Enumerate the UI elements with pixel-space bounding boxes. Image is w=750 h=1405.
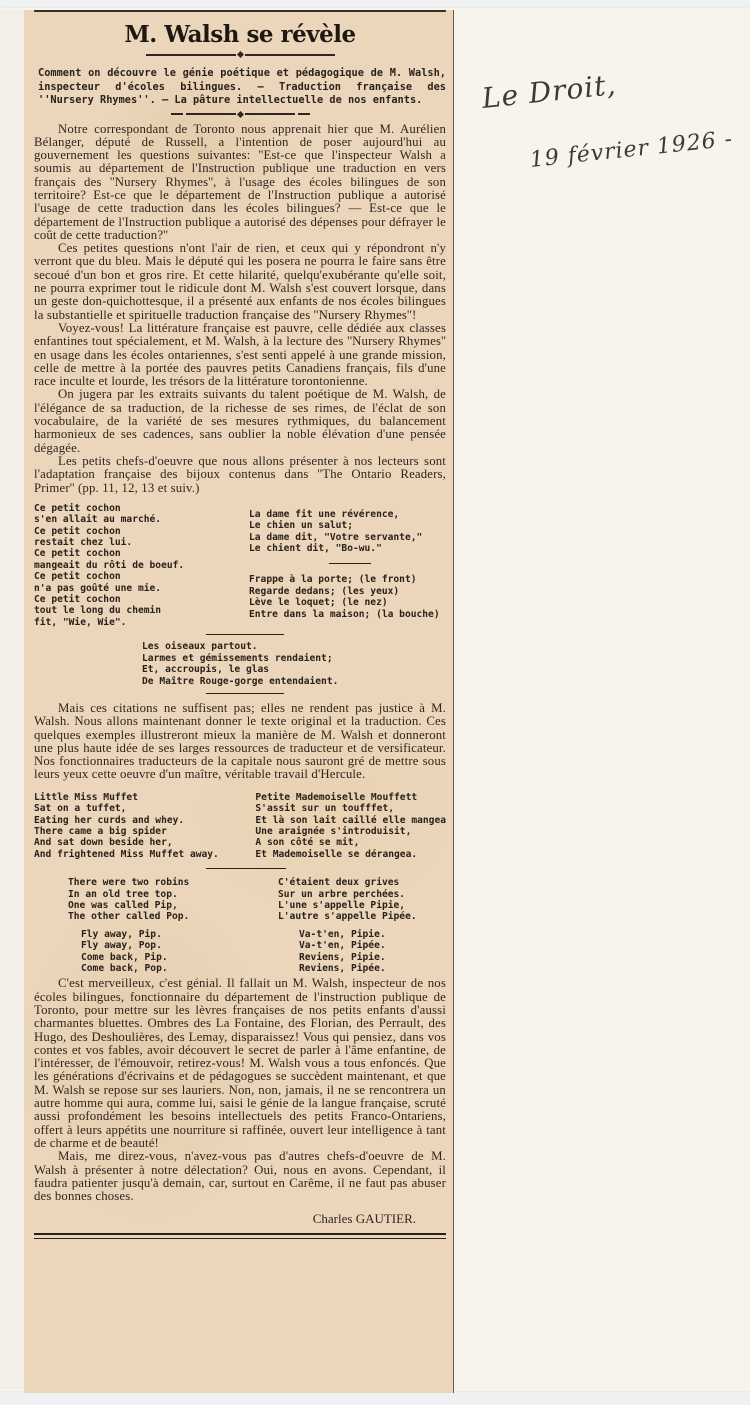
divider	[329, 563, 371, 564]
poem-la-dame: La dame fit une révérence, Le chien un s…	[249, 509, 440, 555]
little-miss-muffet-block: Little Miss Muffet Sat on a tuffet, Eati…	[34, 792, 446, 860]
backing-sheet-edge	[0, 10, 24, 1390]
divider	[206, 868, 286, 869]
paragraph: On jugera par les extraits suivants du t…	[34, 388, 446, 454]
deck-ornament	[34, 112, 446, 117]
paragraph: Ces petites questions n'ont l'air de rie…	[34, 242, 446, 322]
top-rule	[34, 10, 446, 12]
divider	[206, 634, 284, 635]
newspaper-clipping: M. Walsh se révèle Comment on découvre l…	[24, 10, 454, 1393]
fly-away-block: Fly away, Pip. Fly away, Pop. Come back,…	[34, 929, 446, 975]
divider	[206, 693, 284, 694]
paragraph: Les petits chefs-d'oeuvre que nous allon…	[34, 455, 446, 495]
paragraph: Voyez-vous! La littérature française est…	[34, 322, 446, 388]
poem-robins-french: C'étaient deux grives Sur un arbre perch…	[278, 877, 417, 923]
bottom-rule	[34, 1233, 446, 1239]
paragraph: Mais, me direz-vous, n'avez-vous pas d'a…	[34, 1150, 446, 1203]
article-body: Notre correspondant de Toronto nous appr…	[34, 123, 446, 495]
poem-fly-away-english: Fly away, Pip. Fly away, Pop. Come back,…	[81, 929, 299, 975]
poem-fly-away-french: Va-t'en, Pipie. Va-t'en, Pipée. Reviens,…	[299, 929, 386, 975]
article-closing: C'est merveilleux, c'est génial. Il fall…	[34, 977, 446, 1203]
paragraph: Mais ces citations ne suffisent pas; ell…	[34, 702, 446, 782]
headline-ornament	[34, 52, 446, 57]
poem-muffet-english: Little Miss Muffet Sat on a tuffet, Eati…	[34, 792, 255, 860]
author-signature: Charles GAUTIER.	[34, 1211, 446, 1227]
poem-ce-petit-cochon: Ce petit cochon s'en allait au marché. C…	[34, 503, 249, 628]
headline: M. Walsh se révèle	[34, 22, 446, 48]
poems-block-1: Ce petit cochon s'en allait au marché. C…	[34, 503, 446, 628]
article-body-continued: Mais ces citations ne suffisent pas; ell…	[34, 702, 446, 782]
poem-muffet-french: Petite Mademoiselle Mouffett S'assit sur…	[255, 792, 446, 860]
poems-right-column: La dame fit une révérence, Le chien un s…	[249, 503, 440, 628]
poem-frappe-a-la-porte: Frappe à la porte; (le front) Regarde de…	[249, 574, 440, 620]
poem-robins-english: There were two robins In an old tree top…	[68, 877, 278, 923]
robins-block: There were two robins In an old tree top…	[34, 877, 446, 923]
poem-les-oiseaux: Les oiseaux partout. Larmes et gémisseme…	[142, 641, 446, 687]
paragraph: C'est merveilleux, c'est génial. Il fall…	[34, 977, 446, 1150]
deck-subheading: Comment on découvre le génie poétique et…	[34, 67, 446, 108]
clipping-content: M. Walsh se révèle Comment on découvre l…	[34, 10, 446, 1239]
paragraph: Notre correspondant de Toronto nous appr…	[34, 123, 446, 243]
